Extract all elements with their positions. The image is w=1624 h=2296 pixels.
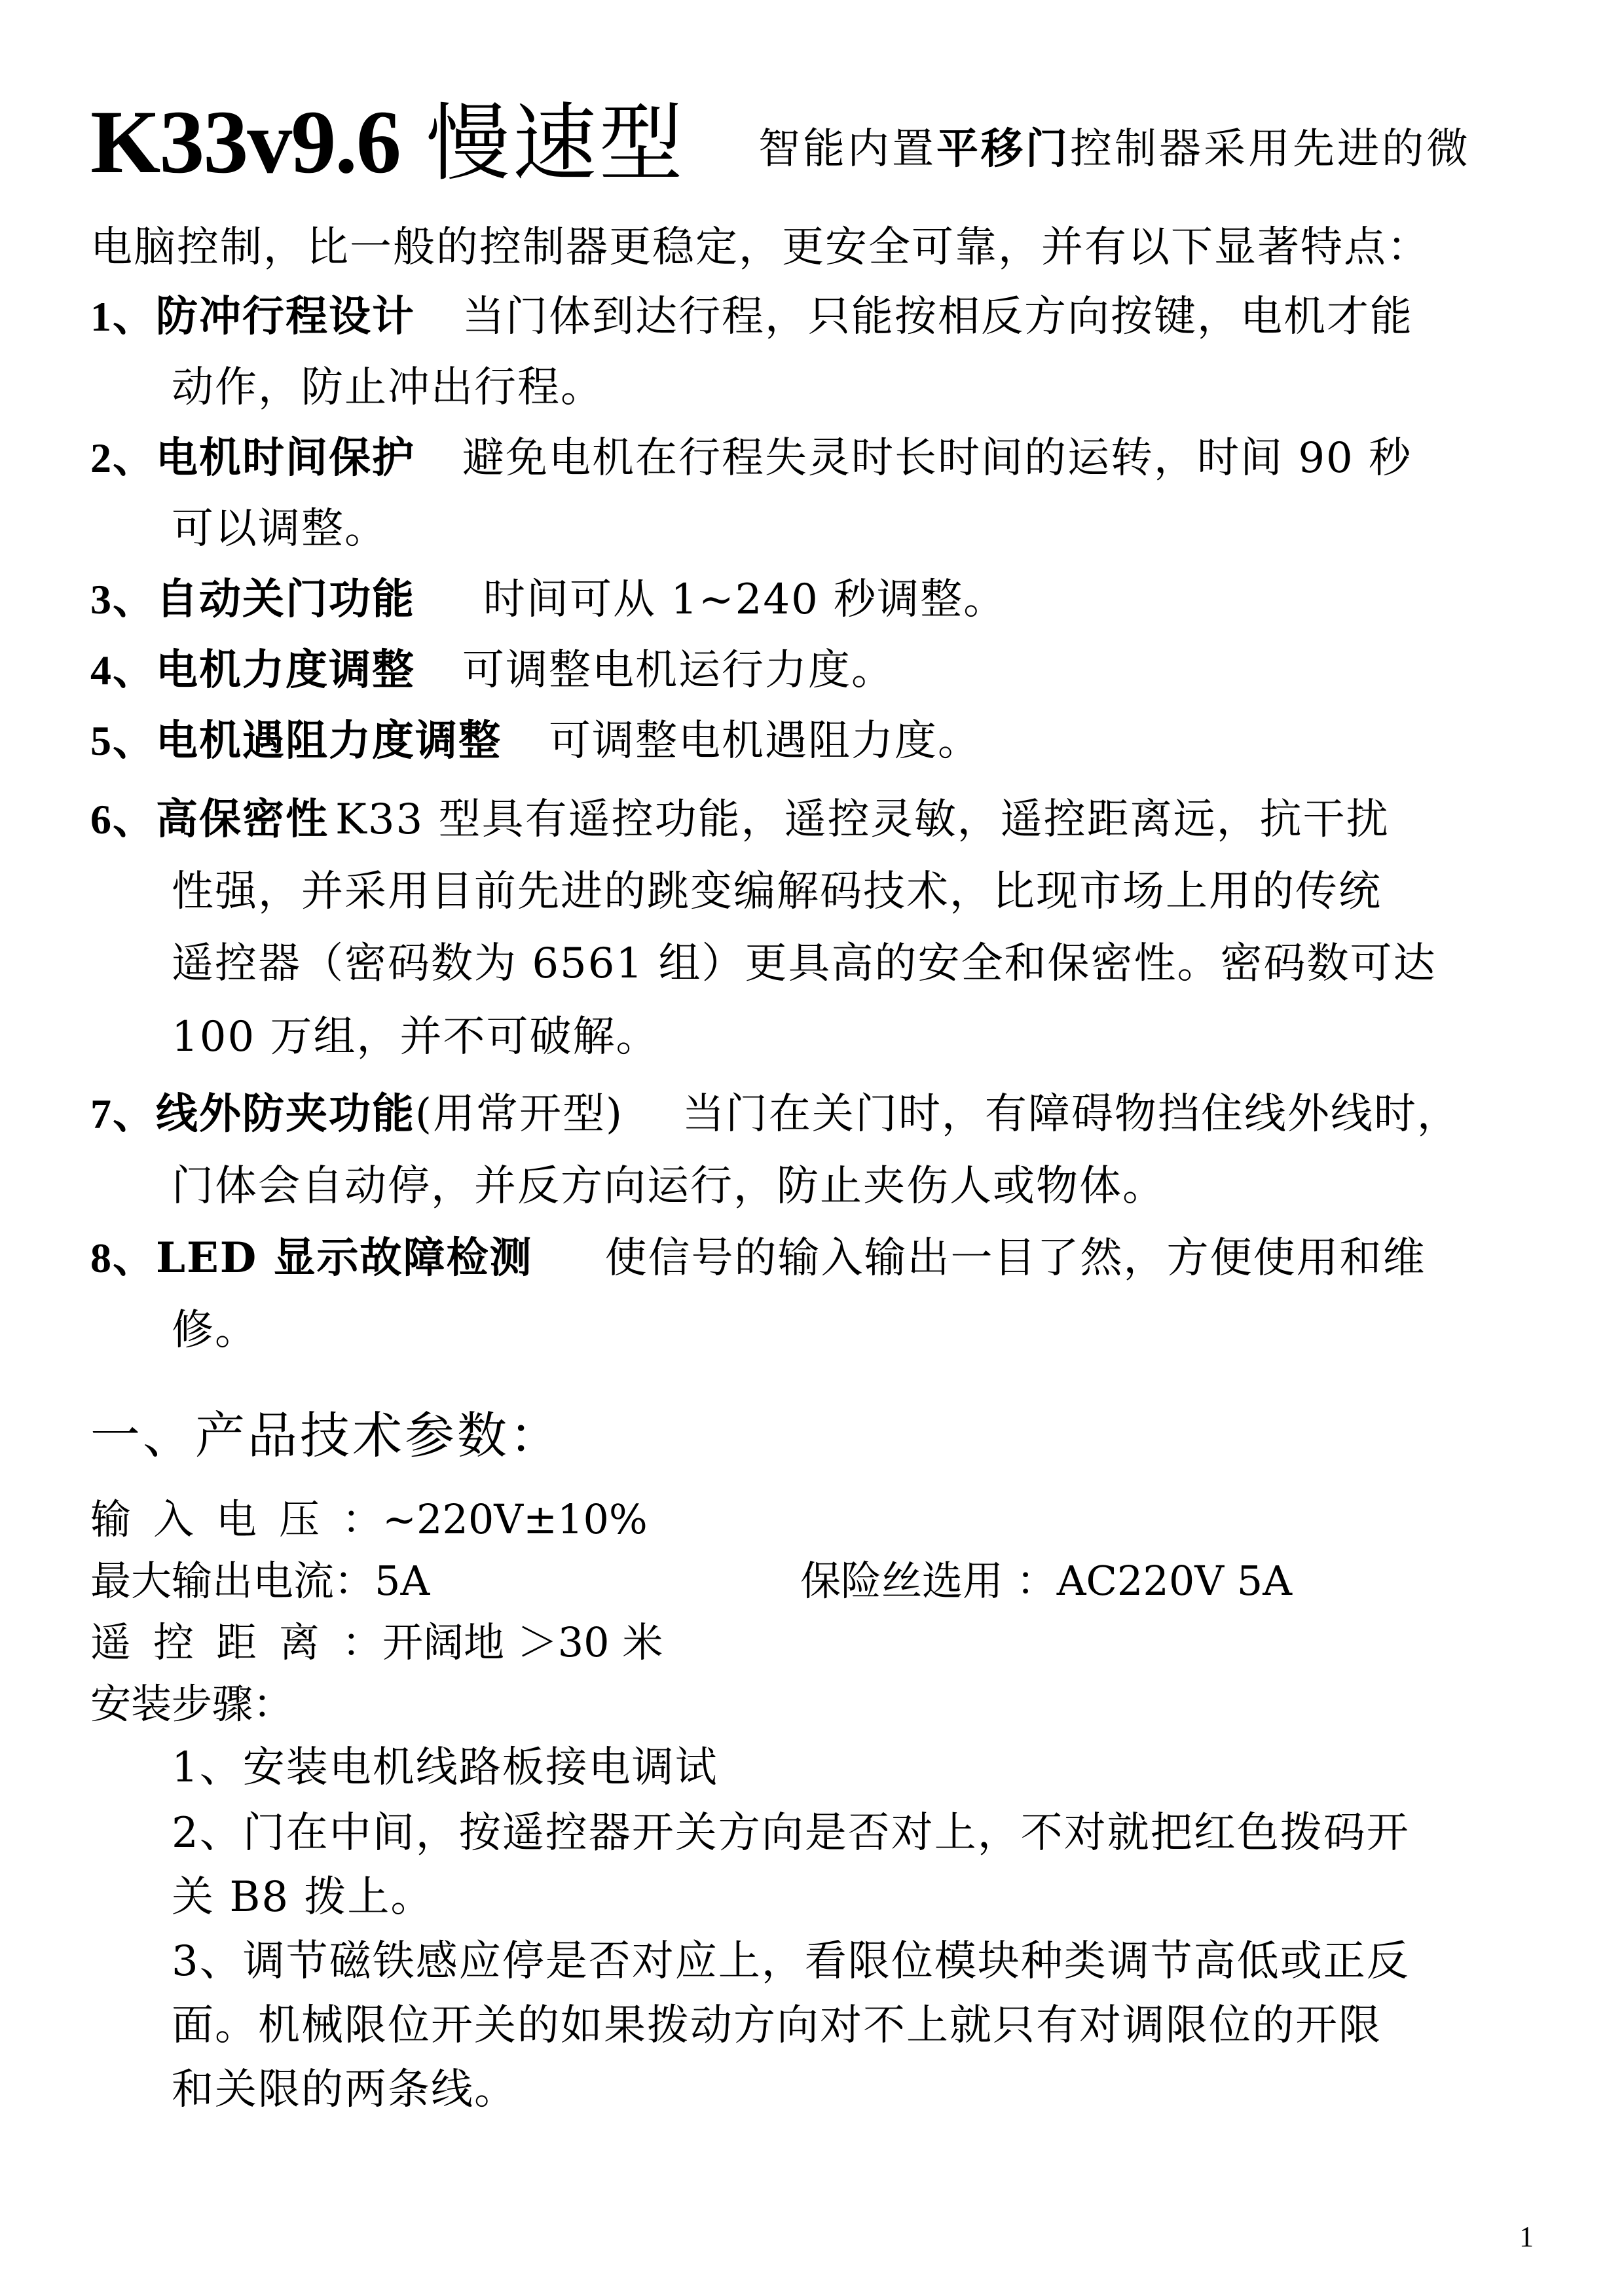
- document-page: K33v9.6慢速型 智能内置平移门控制器采用先进的微 电脑控制，比一般的控制器…: [0, 0, 1624, 2296]
- feature-text: 使信号的输入输出一目了然，方便使用和维: [605, 1234, 1426, 1283]
- model-type: 慢速型: [426, 95, 686, 192]
- spec-label: 保险丝选用: [800, 1557, 1016, 1605]
- feature-title: 防冲行程设计: [156, 292, 415, 341]
- feature-1-continued: 动作，防止冲出行程。: [172, 367, 604, 409]
- feature-title: LED 显示故障检测: [156, 1233, 533, 1283]
- feature-1: 1、防冲行程设计当门体到达行程，只能按相反方向按键，电机才能: [90, 296, 1413, 338]
- feature-7: 7、线外防夹功能(用常开型)当门在关门时，有障碍物挡住线外线时，: [90, 1093, 1460, 1135]
- feature-6-continued: 性强，并采用目前先进的跳变编解码技术，比现市场上用的传统: [172, 871, 1382, 913]
- feature-text: K33 型具有遥控功能，遥控灵敏，遥控距离远，抗干扰: [335, 795, 1390, 844]
- feature-text: 当门在关门时，有障碍物挡住线外线时，: [682, 1090, 1460, 1139]
- feature-title: 电机时间保护: [156, 433, 415, 483]
- installation-title: 安装步骤：: [90, 1684, 293, 1724]
- feature-text: 时间可从 1~240 秒调整。: [483, 575, 1006, 624]
- spec-value: ：AC220V 5A: [1016, 1557, 1292, 1605]
- model-name: K33v9.6: [90, 92, 400, 192]
- intro-line-2: 电脑控制，比一般的控制器更稳定，更安全可靠，并有以下显著特点：: [90, 227, 1430, 268]
- feature-7-continued: 门体会自动停，并反方向运行，防止夹伤人或物体。: [172, 1165, 1166, 1207]
- intro-text: 控制器采用先进的微: [1070, 125, 1471, 173]
- feature-number: 6、: [90, 796, 156, 843]
- feature-title-suffix: (用常开型): [415, 1090, 623, 1139]
- feature-number: 4、: [90, 647, 156, 693]
- installation-step-continued: 关 B8 拨上。: [172, 1876, 434, 1918]
- feature-text: 避免电机在行程失灵时长时间的运转，时间 90 秒: [462, 434, 1412, 483]
- spec-remote-range: 遥控距离：开阔地 ＞30 米: [90, 1622, 663, 1663]
- installation-step: 1、安装电机线路板接电调试: [172, 1747, 718, 1789]
- installation-step-continued: 面。机械限位开关的如果拨动方向对不上就只有对调限位的开限: [172, 2005, 1382, 2047]
- spec-value: ：~220V±10%: [342, 1495, 648, 1543]
- feature-5: 5、电机遇阻力度调整可调整电机遇阻力度。: [90, 720, 981, 762]
- intro-bold-term: 平移门: [936, 124, 1070, 173]
- feature-number: 1、: [90, 293, 156, 340]
- feature-number: 8、: [90, 1235, 156, 1281]
- feature-title: 电机力度调整: [156, 646, 415, 695]
- spec-input-voltage: 输入电压：~220V±10%: [90, 1499, 648, 1540]
- feature-8-continued: 修。: [172, 1309, 258, 1351]
- spec-label: 最大输出电流：: [90, 1557, 375, 1605]
- feature-3: 3、自动关门功能时间可从 1~240 秒调整。: [90, 579, 1006, 621]
- spec-fuse: 保险丝选用 ：AC220V 5A: [800, 1561, 1292, 1601]
- feature-number: 3、: [90, 576, 156, 623]
- feature-title: 线外防夹功能: [156, 1089, 415, 1139]
- installation-step: 2、门在中间，按遥控器开关方向是否对上，不对就把红色拨码开: [172, 1812, 1410, 1854]
- spec-label: 输入电压: [90, 1495, 342, 1543]
- feature-title: 高保密性: [156, 795, 329, 844]
- feature-2: 2、电机时间保护避免电机在行程失灵时长时间的运转，时间 90 秒: [90, 437, 1412, 479]
- feature-number: 7、: [90, 1091, 156, 1137]
- feature-text: 可调整电机遇阻力度。: [549, 717, 981, 765]
- intro-text: 智能内置: [758, 125, 936, 173]
- feature-number: 2、: [90, 435, 156, 481]
- spec-value: ：开阔地 ＞30 米: [342, 1618, 663, 1666]
- page-number: 1: [1519, 2223, 1534, 2251]
- feature-text: 可调整电机运行力度。: [462, 646, 895, 695]
- feature-6-continued: 遥控器（密码数为 6561 组）更具高的安全和保密性。密码数可达: [172, 943, 1437, 985]
- feature-6-continued: 100 万组，并不可破解。: [172, 1016, 659, 1058]
- feature-2-continued: 可以调整。: [172, 508, 388, 550]
- spec-label: 遥控距离: [90, 1618, 342, 1666]
- feature-number: 5、: [90, 718, 156, 764]
- section-title-specs: 一、产品技术参数：: [90, 1411, 562, 1461]
- intro-line-1: 智能内置平移门控制器采用先进的微: [758, 128, 1471, 170]
- feature-title: 自动关门功能: [156, 575, 415, 624]
- feature-8: 8、LED 显示故障检测使信号的输入输出一目了然，方便使用和维: [90, 1237, 1426, 1279]
- installation-step: 3、调节磁铁感应停是否对应上，看限位模块种类调节高低或正反: [172, 1941, 1410, 1982]
- feature-text: 当门体到达行程，只能按相反方向按键，电机才能: [462, 293, 1413, 341]
- spec-max-current: 最大输出电流：5A: [90, 1561, 430, 1601]
- feature-title: 电机遇阻力度调整: [156, 716, 502, 765]
- feature-6: 6、高保密性K33 型具有遥控功能，遥控灵敏，遥控距离远，抗干扰: [90, 799, 1390, 841]
- feature-4: 4、电机力度调整可调整电机运行力度。: [90, 649, 895, 691]
- installation-step-continued: 和关限的两条线。: [172, 2069, 517, 2111]
- spec-value: 5A: [375, 1557, 430, 1605]
- document-title: K33v9.6慢速型: [90, 97, 686, 187]
